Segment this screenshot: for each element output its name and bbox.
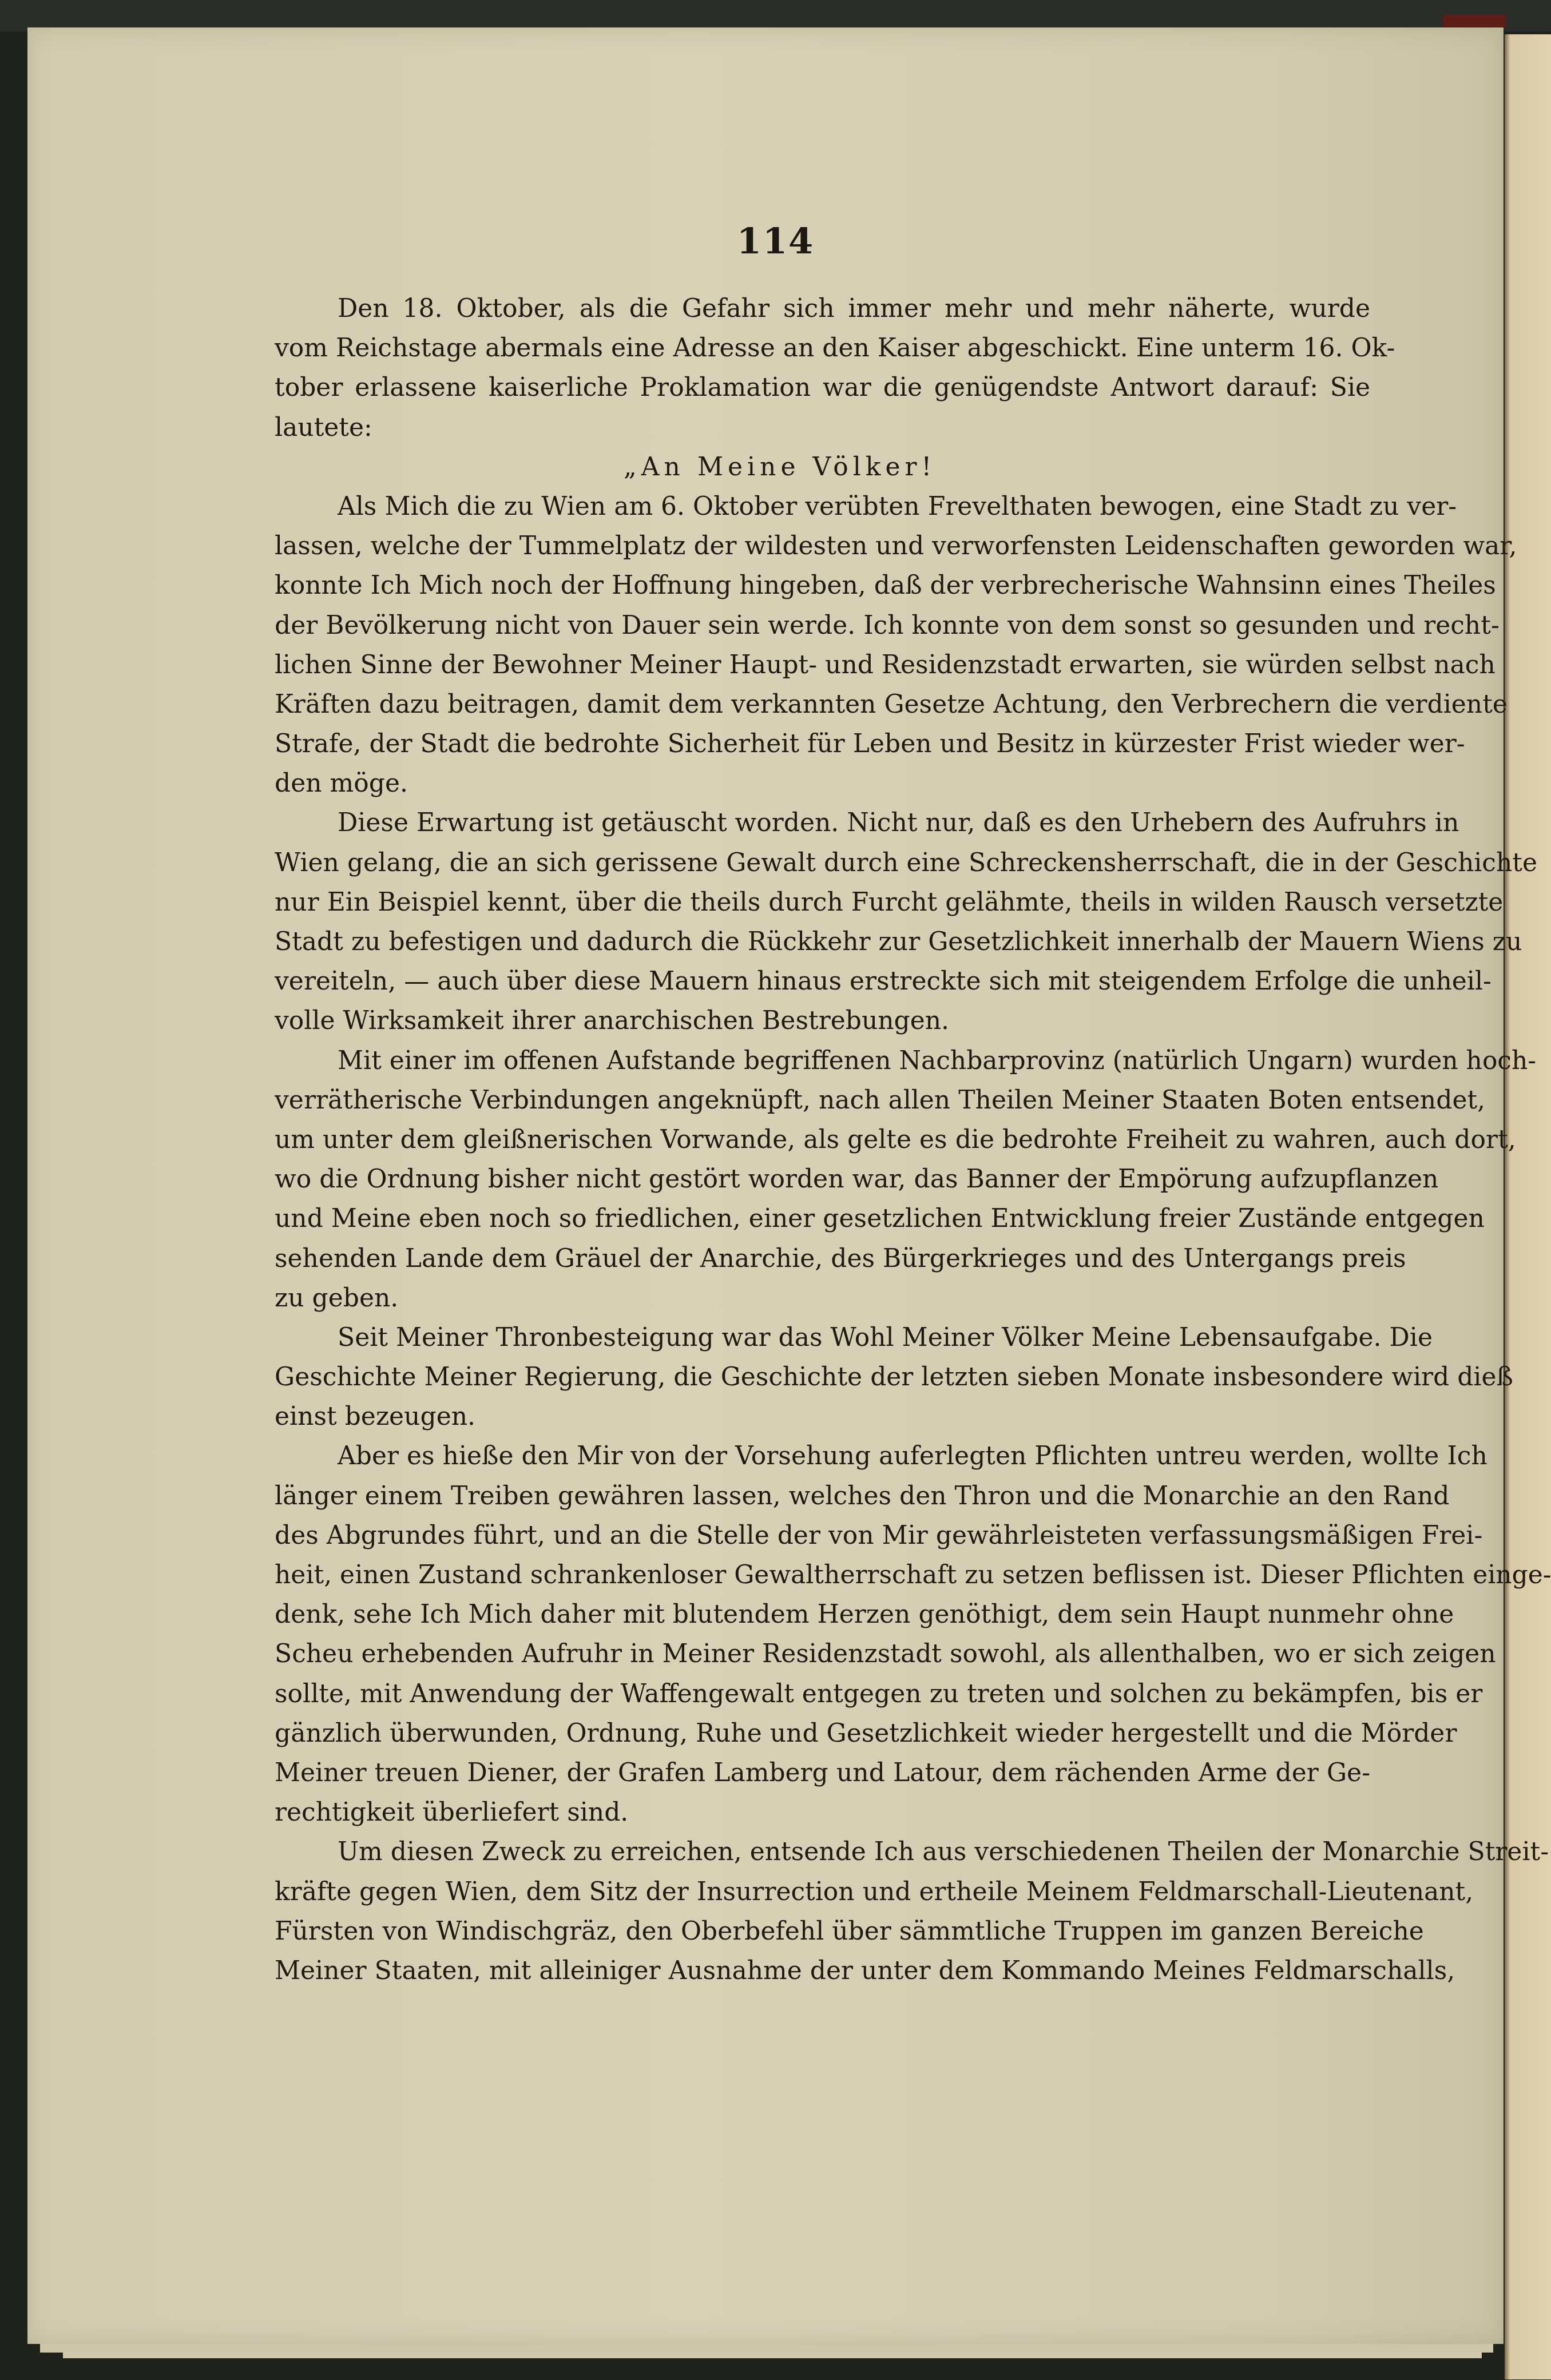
text-line: Geschichte Meiner Regierung, die Geschic… <box>275 1357 1370 1397</box>
text-line: um unter dem gleißnerischen Vorwande, al… <box>275 1120 1370 1159</box>
text-line: nur Ein Beispiel kennt, über die theils … <box>275 883 1370 922</box>
text-line: lichen Sinne der Bewohner Meiner Haupt- … <box>275 645 1370 685</box>
text-line: Scheu erhebenden Aufruhr in Meiner Resid… <box>275 1634 1370 1674</box>
text-line: denk, sehe Ich Mich daher mit blutendem … <box>275 1595 1370 1634</box>
adjacent-page-edge <box>1505 34 1551 2379</box>
text-line: Aber es hieße den Mir von der Vorsehung … <box>275 1436 1370 1476</box>
text-line: gänzlich überwunden, Ordnung, Ruhe und G… <box>275 1714 1370 1753</box>
text-line: länger einem Treiben gewähren lassen, we… <box>275 1476 1370 1516</box>
text-line: tober erlassene kaiserliche Proklamation… <box>275 368 1370 407</box>
text-line: Kräften dazu beitragen, damit dem verkan… <box>275 685 1370 724</box>
text-line: lautete: <box>275 408 1370 447</box>
text-line: Mit einer im offenen Aufstande begriffen… <box>275 1041 1370 1080</box>
text-line: Diese Erwartung ist getäuscht worden. Ni… <box>275 803 1370 843</box>
text-line: verrätherische Verbindungen angeknüpft, … <box>275 1080 1370 1120</box>
text-line: Als Mich die zu Wien am 6. Oktober verüb… <box>275 487 1370 526</box>
text-line: sollte, mit Anwendung der Waffengewalt e… <box>275 1674 1370 1714</box>
text-line: zu geben. <box>275 1278 1370 1318</box>
text-line: vom Reichstage abermals eine Adresse an … <box>275 328 1370 368</box>
text-line: Strafe, der Stadt die bedrohte Sicherhei… <box>275 724 1370 764</box>
text-line: Seit Meiner Thronbesteigung war das Wohl… <box>275 1318 1370 1357</box>
text-line: volle Wirksamkeit ihrer anarchischen Bes… <box>275 1001 1370 1040</box>
text-line: Fürsten von Windischgräz, den Oberbefehl… <box>275 1912 1370 1951</box>
text-line: vereiteln, — auch über diese Mauern hina… <box>275 961 1370 1001</box>
text-line: der Bevölkerung nicht von Dauer sein wer… <box>275 606 1370 645</box>
text-line: kräfte gegen Wien, dem Sitz der Insurrec… <box>275 1872 1370 1912</box>
text-line: wo die Ordnung bisher nicht gestört word… <box>275 1159 1370 1199</box>
text-line: heit, einen Zustand schrankenloser Gewal… <box>275 1555 1370 1595</box>
text-line: rechtigkeit überliefert sind. <box>275 1793 1370 1832</box>
text-line: des Abgrundes führt, und an die Stelle d… <box>275 1516 1370 1555</box>
text-line: Meiner Staaten, mit alleiniger Ausnahme … <box>275 1951 1370 1990</box>
text-line: und Meine eben noch so friedlichen, eine… <box>275 1199 1370 1238</box>
text-line: konnte Ich Mich noch der Hoffnung hingeb… <box>275 566 1370 605</box>
book-cover-edge <box>1443 14 1506 27</box>
text-line: einst bezeugen. <box>275 1397 1370 1436</box>
text-line: Wien gelang, die an sich gerissene Gewal… <box>275 843 1370 883</box>
text-line: Um diesen Zweck zu erreichen, entsende I… <box>275 1832 1370 1872</box>
text-line: Meiner treuen Diener, der Grafen Lamberg… <box>275 1753 1370 1793</box>
scan-background-top <box>0 0 1551 31</box>
text-line: Den 18. Oktober, als die Gefahr sich imm… <box>275 289 1370 328</box>
page-number: 114 <box>0 220 1551 262</box>
proclamation-heading: „An Meine Völker! <box>275 447 1370 487</box>
page-text: Den 18. Oktober, als die Gefahr sich imm… <box>275 289 1370 1990</box>
text-line: lassen, welche der Tummelplatz der wilde… <box>275 526 1370 566</box>
text-line: sehenden Lande dem Gräuel der Anarchie, … <box>275 1239 1370 1278</box>
text-line: den möge. <box>275 764 1370 803</box>
text-line: Stadt zu befestigen und dadurch die Rück… <box>275 922 1370 961</box>
